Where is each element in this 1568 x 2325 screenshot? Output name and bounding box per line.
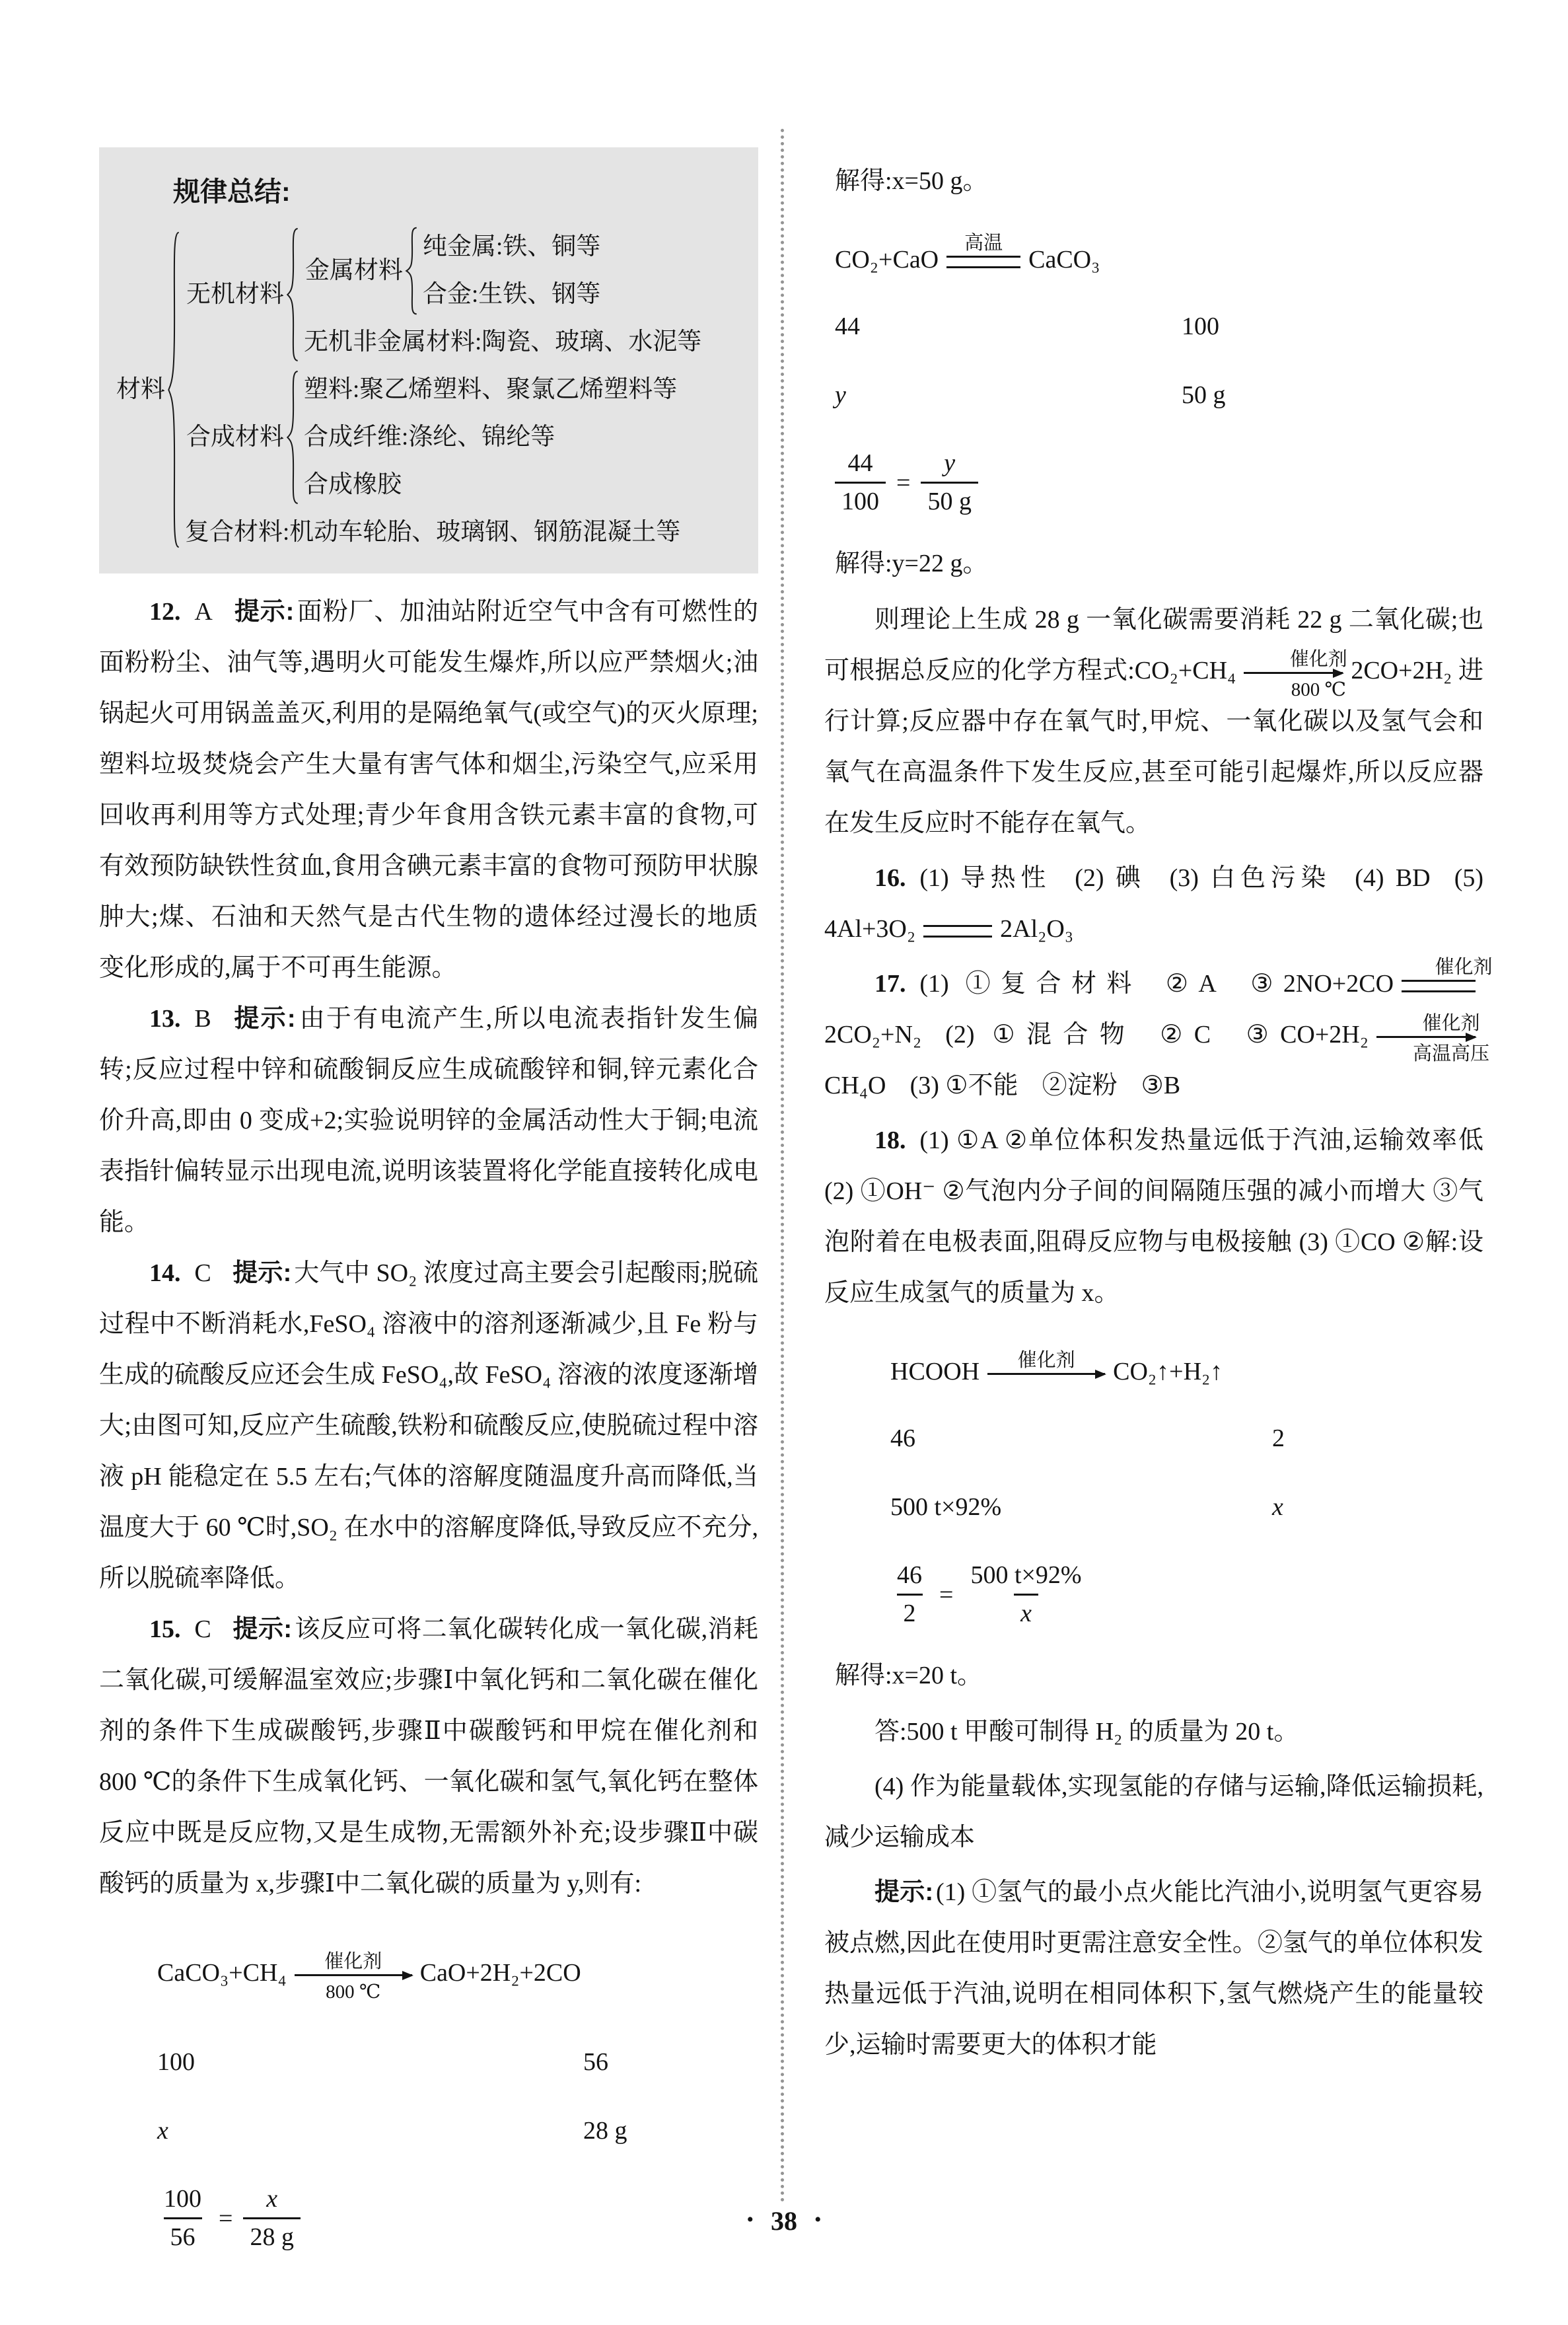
item-18: 18.(1) ①A ②单位体积发热量远低于汽油,运输效率低 (2) ①OH⁻ ②… bbox=[824, 1115, 1483, 1319]
molar-mass-row: 462 bbox=[890, 1415, 1483, 1461]
item-12: 12.A提示:面粉厂、加油站附近空气中含有可燃性的面粉粉尘、油气等,遇明火可能发… bbox=[99, 587, 758, 994]
reactants: CaCO₃+CH₄ bbox=[157, 1959, 287, 1987]
column-divider bbox=[781, 129, 784, 2203]
answer-part: ②淀粉 bbox=[1042, 1072, 1118, 1099]
reaction-equation: HCOOH催化剂CO₂↑+H₂↑ bbox=[890, 1325, 1483, 1393]
question-number: 13. bbox=[149, 1005, 181, 1033]
question-number: 16. bbox=[874, 864, 906, 892]
molar-mass-row: 10056 bbox=[157, 2039, 758, 2085]
reaction-arrow: 催化剂800 ℃ bbox=[1244, 672, 1343, 674]
condition-above: 高温 bbox=[964, 234, 1003, 253]
reaction-arrow: 催化剂 bbox=[987, 1373, 1105, 1375]
answer-part: (4) BD bbox=[1355, 864, 1430, 892]
unknown-left: y bbox=[835, 372, 1182, 418]
answer-part: ③B bbox=[1141, 1072, 1180, 1099]
item-17: 17.(1) ①复合材料②A③2NO+2CO催化剂2CO₂+N₂(2) ①混合物… bbox=[824, 959, 1483, 1111]
item-text: 面粉厂、加油站附近空气中含有可燃性的面粉粉尘、油气等,遇明火可能发生爆炸,所以应… bbox=[99, 598, 758, 982]
molar-mass-right: 2 bbox=[1272, 1415, 1285, 1461]
tree-node-metal: 金属材料 纯金属:铁、铜等 合金:生铁、钢等 bbox=[304, 226, 701, 316]
tree-label-metal: 金属材料 bbox=[304, 258, 404, 285]
reaction-equation: CaCO₃+CH₄催化剂800 ℃CaO+2H₂+2CO bbox=[157, 1925, 758, 2016]
double-equals: 高温 bbox=[946, 256, 1020, 268]
item-14: 14.C提示:大气中 SO₂ 浓度过高主要会引起酸雨;脱硫过程中不断消耗水,Fe… bbox=[99, 1248, 758, 1604]
answer-part: (2) 碘 bbox=[1075, 864, 1145, 892]
summary-box-title: 规律总结: bbox=[173, 170, 745, 209]
answer-part: ②A bbox=[1166, 970, 1217, 998]
brace-icon bbox=[404, 226, 419, 316]
fraction: 44100 bbox=[835, 447, 886, 519]
tree-node-synthetic: 合成材料 塑料:聚乙烯塑料、聚氯乙烯塑料等 合成纤维:涤纶、锦纶等 合成橡胶 bbox=[185, 369, 701, 506]
molar-mass-right: 56 bbox=[583, 2039, 608, 2085]
condition-above: 催化剂 bbox=[1240, 650, 1347, 669]
page-number: 38 bbox=[771, 2206, 797, 2236]
tree-children-material: 无机材料 金属材料 纯金属:铁、铜等 合金:生铁、钢等 bbox=[181, 226, 701, 554]
tree-label-inorganic: 无机材料 bbox=[185, 281, 285, 309]
part-4-answer: (4) 作为能量载体,实现氢能的存储与运输,降低运输损耗,减少运输成本 bbox=[824, 1761, 1483, 1863]
equation-product: CH₄O bbox=[824, 1072, 886, 1099]
footer-right-dot: • bbox=[814, 2209, 822, 2231]
proportion-equation: 462 = 500 t×92%x bbox=[890, 1559, 1483, 1631]
arrow-icon bbox=[1376, 1036, 1476, 1038]
condition-above: 催化剂 bbox=[1018, 1351, 1075, 1370]
scanned-answer-page: 规律总结: 材料 无机材料 金属材料 bbox=[0, 0, 1568, 2325]
product: CaCO₃ bbox=[1028, 246, 1100, 274]
answer-letter: A bbox=[194, 598, 212, 626]
tree-leaf-nonmetal: 无机非金属材料:陶瓷、玻璃、水泥等 bbox=[304, 321, 701, 363]
equation-product: 2Al₂O₃ bbox=[1000, 915, 1073, 943]
tree-leaf-alloy: 合金:生铁、钢等 bbox=[423, 274, 600, 316]
tree-children-inorganic: 金属材料 纯金属:铁、铜等 合金:生铁、钢等 无机非金属材料:陶瓷、玻璃、水泥等 bbox=[300, 226, 701, 363]
reaction-arrow: 催化剂高温高压 bbox=[1376, 1036, 1476, 1038]
item-text: 大气中 SO₂ 浓度过高主要会引起酸雨;脱硫过程中不断消耗水,FeSO₄ 溶液中… bbox=[99, 1259, 758, 1592]
given-right: 50 g bbox=[1182, 372, 1226, 418]
answer-part: ③2NO+2CO bbox=[1240, 970, 1394, 998]
equals-sign: = bbox=[939, 1580, 953, 1609]
item-15: 15.C提示:该反应可将二氧化碳转化成一氧化碳,消耗二氧化碳,可缓解温室效应;步… bbox=[99, 1604, 758, 1909]
footer-left-dot: • bbox=[746, 2209, 754, 2231]
left-column: 规律总结: 材料 无机材料 金属材料 bbox=[99, 147, 758, 2274]
item-text: (1) ①A ②单位体积发热量远低于汽油,运输效率低 (2) ①OH⁻ ②气泡内… bbox=[824, 1126, 1483, 1307]
final-hint: 提示:(1) ①氢气的最小点火能比汽油小,说明氢气更容易被点燃,因此在使用时更需… bbox=[824, 1867, 1483, 2071]
answer-letter: B bbox=[194, 1005, 211, 1033]
equation-product: 2CO₂+N₂ bbox=[824, 1021, 921, 1049]
fraction: y50 g bbox=[921, 447, 978, 519]
calc-block-cao: CO₂+CaO高温CaCO₃ 44100 y50 g 44100 = y50 g bbox=[824, 213, 1483, 519]
answer-part: ③CO+2H₂ bbox=[1234, 1021, 1369, 1049]
tree-leaf-rubber: 合成橡胶 bbox=[304, 464, 677, 506]
condition-below: 高温高压 bbox=[1363, 1045, 1489, 1064]
answer-statement: 答:500 t 甲酸可制得 H₂ 的质量为 20 t。 bbox=[824, 1707, 1483, 1757]
hint-label: 提示: bbox=[232, 1005, 296, 1033]
material-tree: 材料 无机材料 金属材料 纯金属:铁、铜等 bbox=[115, 226, 745, 554]
reaction-arrow: 催化剂800 ℃ bbox=[295, 1974, 412, 1976]
products: CO₂↑+H₂↑ bbox=[1113, 1358, 1223, 1385]
double-line-icon bbox=[1402, 980, 1476, 992]
tree-leaf-composite: 复合材料:机动车轮胎、玻璃钢、钢筋混凝土等 bbox=[185, 511, 701, 554]
molar-mass-right: 100 bbox=[1182, 303, 1219, 350]
hint-label: 提示: bbox=[232, 1615, 292, 1643]
molar-mass-left: 100 bbox=[157, 2039, 583, 2085]
page-footer: •38• bbox=[0, 2205, 1568, 2236]
condition-above: 催化剂 bbox=[1372, 1014, 1479, 1033]
question-number: 12. bbox=[149, 598, 181, 626]
double-equals: 催化剂 bbox=[1402, 980, 1476, 992]
answer-letter: C bbox=[194, 1259, 211, 1287]
fraction: 500 t×92%x bbox=[964, 1559, 1088, 1631]
arrow-icon bbox=[987, 1373, 1105, 1375]
given-mass-row: 500 t×92%x bbox=[890, 1484, 1483, 1530]
unknown-right: x bbox=[1272, 1484, 1283, 1530]
tree-leaf-plastic: 塑料:聚乙烯塑料、聚氯乙烯塑料等 bbox=[304, 369, 677, 411]
hint-label: 提示: bbox=[232, 1259, 291, 1287]
given-left: 500 t×92% bbox=[890, 1484, 1272, 1530]
double-line-icon bbox=[923, 925, 992, 938]
hint-label: 提示: bbox=[874, 1878, 933, 1906]
molar-mass-row: 44100 bbox=[835, 303, 1483, 350]
theory-paragraph: 则理论上生成 28 g 一氧化碳需要消耗 22 g 二氧化碳;也可根据总反应的化… bbox=[824, 595, 1483, 849]
answer-part: ②C bbox=[1160, 1021, 1211, 1049]
condition-below: 800 ℃ bbox=[326, 1983, 380, 2002]
given-mass-row: x28 g bbox=[157, 2108, 758, 2154]
brace-icon bbox=[166, 226, 181, 554]
tree-children-synthetic: 塑料:聚乙烯塑料、聚氯乙烯塑料等 合成纤维:涤纶、锦纶等 合成橡胶 bbox=[300, 369, 677, 506]
hint-label: 提示: bbox=[234, 598, 294, 626]
calc-block-hcooh: HCOOH催化剂CO₂↑+H₂↑ 462 500 t×92%x 462 = 50… bbox=[824, 1325, 1483, 1631]
solve-line-y22: 解得:y=22 g。 bbox=[824, 538, 1483, 589]
arrow-icon bbox=[295, 1974, 412, 1976]
answer-part: (3) ①不能 bbox=[910, 1072, 1018, 1099]
reactant: HCOOH bbox=[890, 1358, 980, 1385]
reaction-equation: CO₂+CaO高温CaCO₃ bbox=[835, 213, 1483, 281]
molar-mass-left: 46 bbox=[890, 1415, 1272, 1461]
tree-label-synthetic: 合成材料 bbox=[185, 424, 285, 451]
item-text: 由于有电流产生,所以电流表指针发生偏转;反应过程中锌和硫酸铜反应生成硫酸锌和铜,… bbox=[99, 1005, 758, 1236]
tree-leaf-fiber: 合成纤维:涤纶、锦纶等 bbox=[304, 416, 677, 459]
condition-above: 催化剂 bbox=[1385, 958, 1493, 977]
products: CaO+2H₂+2CO bbox=[420, 1959, 581, 1987]
answer-letter: C bbox=[194, 1615, 211, 1643]
solve-line-x50: 解得:x=50 g。 bbox=[824, 156, 1483, 207]
condition-above: 催化剂 bbox=[324, 1952, 382, 1972]
answer-part: (1) 导热性 bbox=[919, 864, 1051, 892]
item-13: 13.B提示:由于有电流产生,所以电流表指针发生偏转;反应过程中锌和硫酸铜反应生… bbox=[99, 994, 758, 1248]
tree-node-inorganic: 无机材料 金属材料 纯金属:铁、铜等 合金:生铁、钢等 bbox=[185, 226, 701, 363]
question-number: 17. bbox=[874, 970, 906, 998]
answer-part: (1) ①复合材料 bbox=[919, 970, 1141, 998]
question-number: 18. bbox=[874, 1126, 906, 1154]
answer-part: (2) ①混合物 bbox=[945, 1021, 1136, 1049]
brace-icon bbox=[285, 369, 300, 506]
unknown-left: x bbox=[157, 2108, 583, 2154]
reactants: CO₂+CaO bbox=[835, 246, 939, 274]
given-right: 28 g bbox=[583, 2108, 627, 2154]
tree-leaf-pure-metal: 纯金属:铁、铜等 bbox=[423, 226, 600, 268]
tree-children-metal: 纯金属:铁、铜等 合金:生铁、钢等 bbox=[419, 226, 600, 316]
given-mass-row: y50 g bbox=[835, 372, 1483, 418]
right-column: 解得:x=50 g。 CO₂+CaO高温CaCO₃ 44100 y50 g 44… bbox=[824, 151, 1483, 2071]
tree-label-material: 材料 bbox=[115, 377, 166, 404]
double-line-icon bbox=[946, 256, 1020, 268]
fraction: 462 bbox=[890, 1559, 929, 1631]
proportion-equation: 44100 = y50 g bbox=[835, 447, 1483, 519]
solve-line-x20: 解得:x=20 t。 bbox=[824, 1650, 1483, 1701]
arrow-icon bbox=[1244, 672, 1343, 674]
item-16: 16.(1) 导热性(2) 碘(3) 白色污染(4) BD(5) 4Al+3O₂… bbox=[824, 853, 1483, 955]
answer-part: (3) 白色污染 bbox=[1170, 864, 1332, 892]
condition-below: 800 ℃ bbox=[1241, 681, 1346, 700]
tree-node-material: 材料 无机材料 金属材料 纯金属:铁、铜等 bbox=[115, 226, 745, 554]
question-number: 15. bbox=[149, 1615, 181, 1643]
molar-mass-left: 44 bbox=[835, 303, 1182, 350]
item-text: 该反应可将二氧化碳转化成一氧化碳,消耗二氧化碳,可缓解温室效应;步骤Ⅰ中氧化钙和… bbox=[99, 1615, 758, 1898]
summary-box: 规律总结: 材料 无机材料 金属材料 bbox=[99, 147, 758, 573]
brace-icon bbox=[285, 226, 300, 363]
equals-sign: = bbox=[896, 468, 910, 498]
question-number: 14. bbox=[149, 1259, 181, 1287]
